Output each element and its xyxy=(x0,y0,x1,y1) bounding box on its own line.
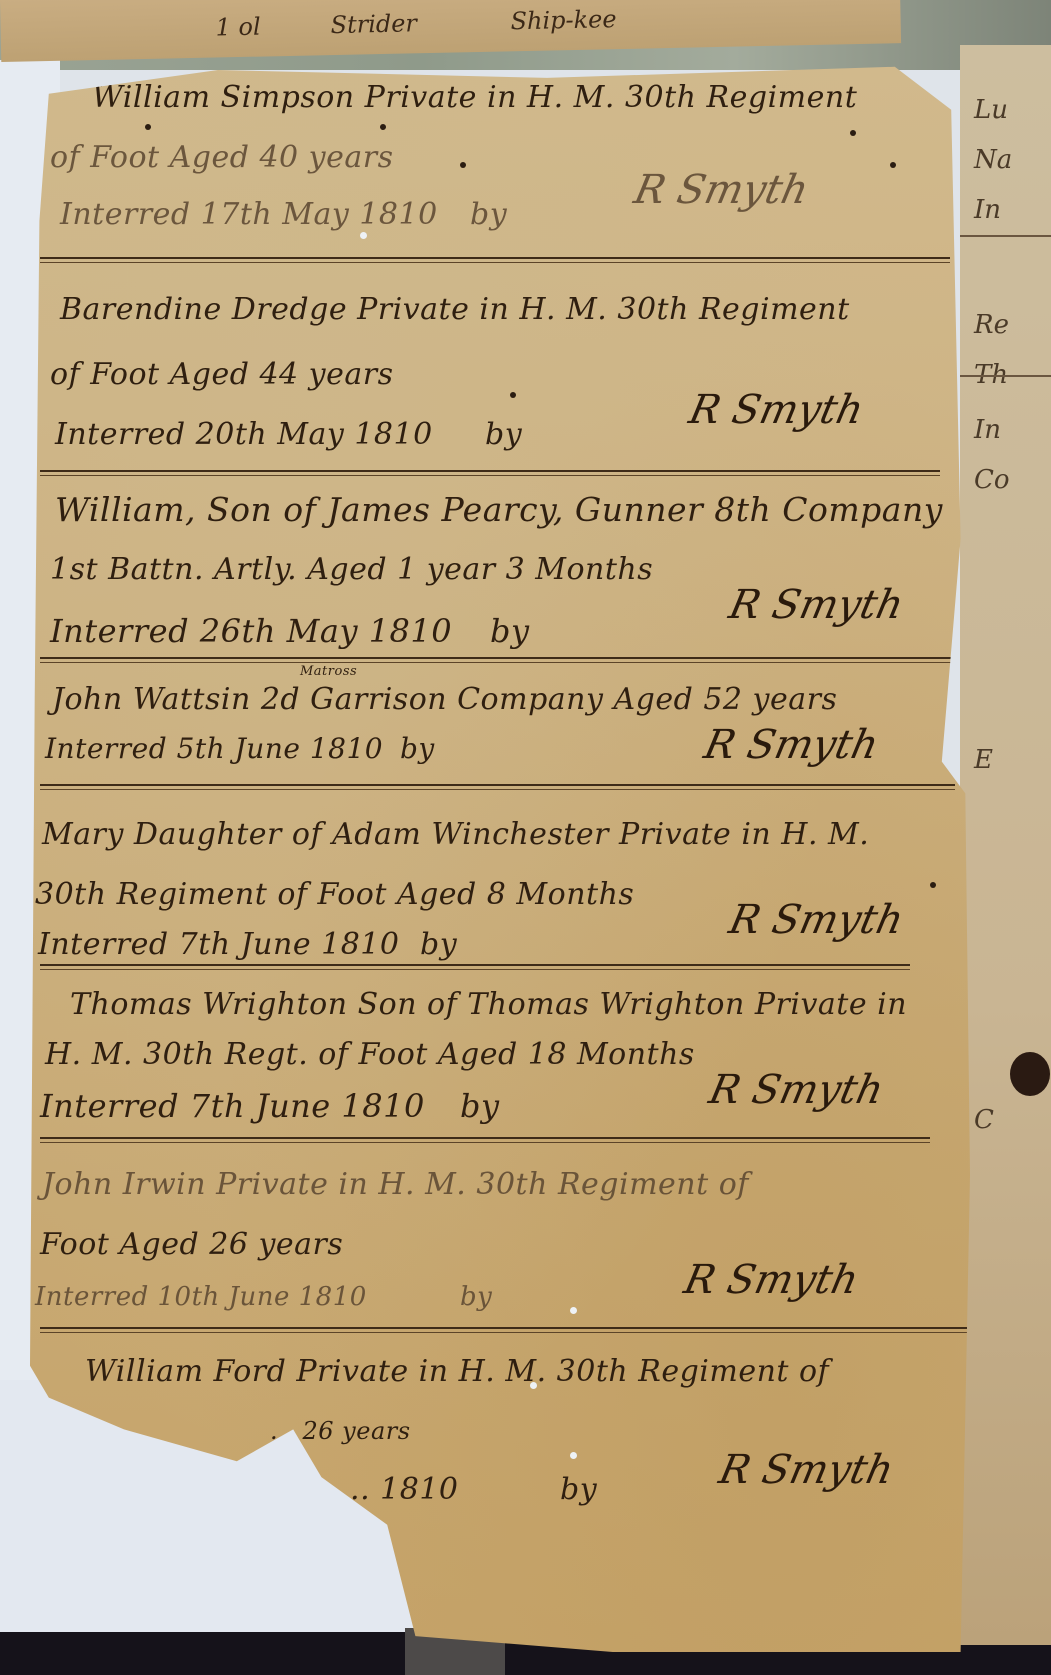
fragment-text: Strider xyxy=(330,9,417,39)
rule-line xyxy=(40,257,950,263)
entry-line-2: 1st Battn. Artly. Aged 1 year 3 Months xyxy=(50,552,653,587)
paper-hole xyxy=(570,1307,577,1314)
entry-line-1: Barendine Dredge Private in H. M. 30th R… xyxy=(60,292,850,327)
fragment-text: C xyxy=(974,1105,994,1135)
entry-line-3: Interred 5th June 1810 xyxy=(45,732,383,765)
entry-superscript: Matross xyxy=(300,664,357,679)
entry-line-3: Interred 17th May 1810 xyxy=(60,197,438,232)
entry-line-2: Foot Aged 26 years xyxy=(40,1227,343,1262)
by-word: by xyxy=(460,1087,500,1125)
rule-line xyxy=(40,1137,930,1143)
entry-line-3: ... 1810 xyxy=(340,1472,459,1507)
paper-hole xyxy=(145,124,151,130)
entry-line-2: of Foot Aged 40 years xyxy=(50,140,394,175)
rule-line xyxy=(40,784,955,790)
paper-hole xyxy=(890,162,896,168)
fragment-text: In xyxy=(974,415,1001,445)
paper-hole xyxy=(930,882,936,888)
rule-line xyxy=(960,375,1051,377)
entry-line-1: Mary Daughter of Adam Winchester Private… xyxy=(42,817,869,852)
entry-line-3: Interred 26th May 1810 xyxy=(50,612,452,650)
entry-line-1: John Irwin Private in H. M. 30th Regimen… xyxy=(42,1167,749,1202)
signature: R Smyth xyxy=(705,1067,887,1113)
signature: R Smyth xyxy=(725,897,907,943)
by-word: by xyxy=(400,732,435,765)
register-page: William Simpson Private in H. M. 30th Re… xyxy=(30,62,970,1652)
rule-line xyxy=(40,964,910,970)
fragment-text: Na xyxy=(974,145,1012,175)
entry-line-3: Interred 20th May 1810 xyxy=(55,417,433,452)
entry-line-1: William, Son of James Pearcy, Gunner 8th… xyxy=(55,490,943,529)
torn-hole xyxy=(1010,1052,1050,1096)
adjacent-page: Lu Na In Re Th In Co E C xyxy=(960,45,1051,1645)
fragment-text: E xyxy=(974,745,993,775)
signature: R Smyth xyxy=(725,582,907,628)
entry-line-3: Interred 10th June 1810 xyxy=(35,1282,367,1312)
paper-hole xyxy=(570,1452,577,1459)
entry-line-1: William Ford Private in H. M. 30th Regim… xyxy=(85,1354,829,1389)
entry-line-2: H. M. 30th Regt. of Foot Aged 18 Months xyxy=(45,1037,695,1072)
paper-hole xyxy=(460,162,466,168)
by-word: by xyxy=(420,927,457,962)
by-word: by xyxy=(470,197,507,232)
signature: R Smyth xyxy=(715,1447,897,1493)
by-word: by xyxy=(460,1282,492,1312)
entry-line-3: Interred 7th June 1810 xyxy=(38,927,399,962)
rule-line xyxy=(40,1327,975,1333)
fragment-text: In xyxy=(974,195,1001,225)
paper-hole xyxy=(530,1382,537,1389)
paper-hole xyxy=(360,232,367,239)
rule-line xyxy=(40,657,955,663)
fragment-text: Lu xyxy=(974,95,1008,125)
entry-line-1: William Simpson Private in H. M. 30th Re… xyxy=(92,80,857,115)
entry-line-1: John Wattsin 2d Garrison Company Aged 52… xyxy=(52,682,837,717)
entry-line-2: 30th Regiment of Foot Aged 8 Months xyxy=(35,877,634,912)
fragment-text: Co xyxy=(974,465,1010,495)
signature: R Smyth xyxy=(685,387,867,433)
signature: R Smyth xyxy=(680,1257,862,1303)
fragment-text: 1 ol xyxy=(215,13,261,42)
by-word: by xyxy=(560,1472,597,1507)
paper-hole xyxy=(380,124,386,130)
entry-line-2: of Foot Aged 44 years xyxy=(50,357,394,392)
rule-line xyxy=(960,235,1051,237)
by-word: by xyxy=(485,417,522,452)
paper-hole xyxy=(850,130,856,136)
by-word: by xyxy=(490,612,530,650)
fragment-text: Ship-kee xyxy=(510,5,617,35)
entry-line-3: Interred 7th June 1810 xyxy=(40,1087,425,1125)
rule-line xyxy=(40,470,940,476)
fragment-text: Re xyxy=(974,310,1009,340)
paper-hole xyxy=(510,392,516,398)
signature: R Smyth xyxy=(700,722,882,768)
entry-line-1: Thomas Wrighton Son of Thomas Wrighton P… xyxy=(70,987,907,1022)
signature: R Smyth xyxy=(630,167,812,213)
